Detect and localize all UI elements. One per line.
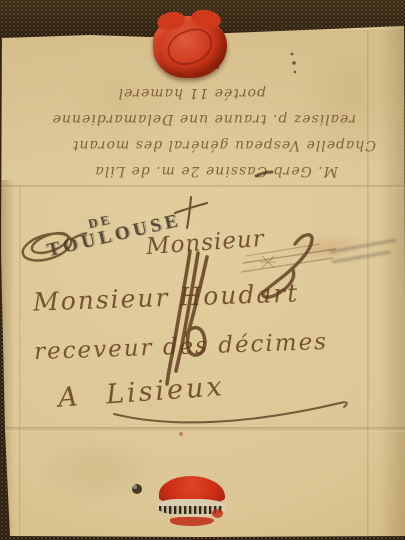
fold-crease-vertical: [19, 186, 22, 537]
docket-line: M. Gerb Cassine 2e m. de Lila: [28, 158, 338, 184]
docket-line: Chapelle Vespeau général des morant: [28, 132, 376, 158]
ink-smudge-stain: [286, 229, 365, 267]
rate-mark-16: [167, 251, 207, 384]
address-title-line: receveur des décimes: [34, 329, 329, 365]
letter-paper: M. Gerb Cassine 2e m. de Lila Chapelle V…: [0, 0, 405, 540]
fold-crease-horizontal: [0, 427, 405, 432]
docket-line: portée 11 hamerel: [28, 80, 266, 106]
paper-shadow-left: [0, 180, 14, 540]
remnant-red-wax: [170, 517, 214, 526]
red-wax-speck: [179, 432, 183, 436]
address-recipient: Monsieur Houdart: [33, 278, 300, 316]
photographed-letter: M. Gerb Cassine 2e m. de Lila Chapelle V…: [0, 0, 405, 540]
wax-seal: [153, 16, 227, 78]
paper-hole: [132, 484, 142, 494]
remnant-red-wax: [212, 509, 223, 518]
docket-note-upside-down: M. Gerb Cassine 2e m. de Lila Chapelle V…: [28, 78, 384, 184]
paper-stain: [30, 435, 160, 505]
wax-seal-impression: [163, 24, 217, 71]
wax-seal-remnant: [157, 476, 229, 530]
address-city-line: A Lisieux: [57, 371, 225, 414]
docket-line: realisez p. traune une Delamardienne: [28, 106, 356, 132]
fold-crease-horizontal: [1, 185, 405, 189]
